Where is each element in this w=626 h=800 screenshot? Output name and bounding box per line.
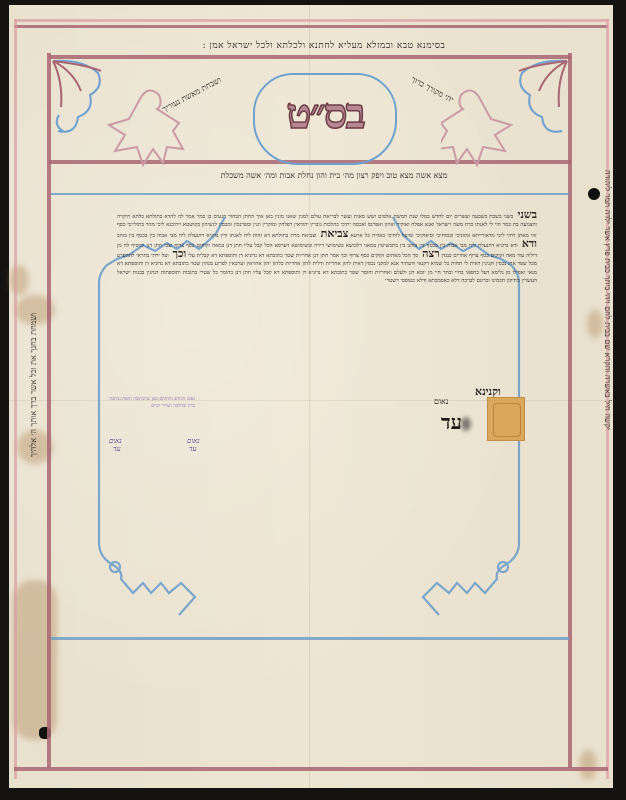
floral-corner-left-icon xyxy=(49,57,219,167)
subtitle-text: מצא אשה מצא טוב ויפק רצון מה׳ בית והון נ… xyxy=(109,171,559,185)
outer-border-bottom xyxy=(14,767,608,771)
large-word: וכך xyxy=(169,247,187,260)
witness-note-purple: נאום הכותב והחותם כאן שהכתובה הזאת נכתבה… xyxy=(103,397,195,410)
groom-signature: נאום xyxy=(434,397,448,406)
side-text-left: ושמחת בחגך את וכל אשר ברך אותך ה׳ אלהיך xyxy=(29,195,38,575)
body-line: בשני בשבת בשבעה ועשרים יום לחדש כסלו שנת… xyxy=(264,214,514,220)
body-line: דחזי ליכי מדאורייתא ומזוניכי וכסותיכי וס… xyxy=(348,233,515,239)
witness-signature-left: נאום xyxy=(109,437,122,445)
witness-signature-mid-2: עד xyxy=(189,445,197,453)
witness-signature-left-2: עד xyxy=(113,445,121,453)
outer-border-top-inner xyxy=(14,25,608,28)
ketubah-body-text: בשני בשני בשבת בשבעה ועשרים יום לחדש כסל… xyxy=(117,211,537,391)
water-stain xyxy=(9,265,29,295)
central-emblem: בס״ט xyxy=(253,73,397,165)
emblem-monogram: בס״ט xyxy=(255,89,395,139)
large-word: צביאת xyxy=(316,227,348,240)
body-line: סך הכל מאתים זקוקים כסף צרוף וכך אמר חתן… xyxy=(186,253,418,259)
outer-border-top xyxy=(14,19,608,22)
groom-signature-mark: עד xyxy=(441,410,462,435)
top-blessing-text: בסימנא טבא ובמזלא מעליא לחתנא ולכלתא ולכ… xyxy=(79,40,569,56)
ink-smudge xyxy=(461,417,471,431)
body-line: ודא נדוניא דהנעלת ליה מבי אבוה בין בכסף … xyxy=(273,243,518,249)
large-word: רצה xyxy=(418,247,439,260)
body-line: וצביאת מרת בתולתא דא והות ליה לאנתו ודין… xyxy=(117,233,316,239)
water-stain xyxy=(579,750,597,780)
paper-hole xyxy=(588,188,600,200)
witness-signature-mid: נאום xyxy=(187,437,200,445)
body-line: נכסין דאית להון אחריות ודלית להון אחריות… xyxy=(163,261,375,267)
floral-corner-right-icon xyxy=(441,57,571,167)
revenue-stamp xyxy=(487,397,525,441)
side-text-right: יקשה חיל באשרה והקרא שם בבית לחם ויהי בי… xyxy=(603,65,612,535)
outer-border-left xyxy=(14,19,17,779)
water-stain xyxy=(587,310,603,338)
body-line: ואחריות וחומר שטר כתובתא דא נדוניא דן ות… xyxy=(181,270,392,276)
opening-word: בשני xyxy=(513,211,537,221)
ketubah-paper: בסימנא טבא ובמזלא מעליא לחתנא ולכלתא ולכ… xyxy=(9,5,613,788)
large-word: ודא xyxy=(518,237,537,250)
